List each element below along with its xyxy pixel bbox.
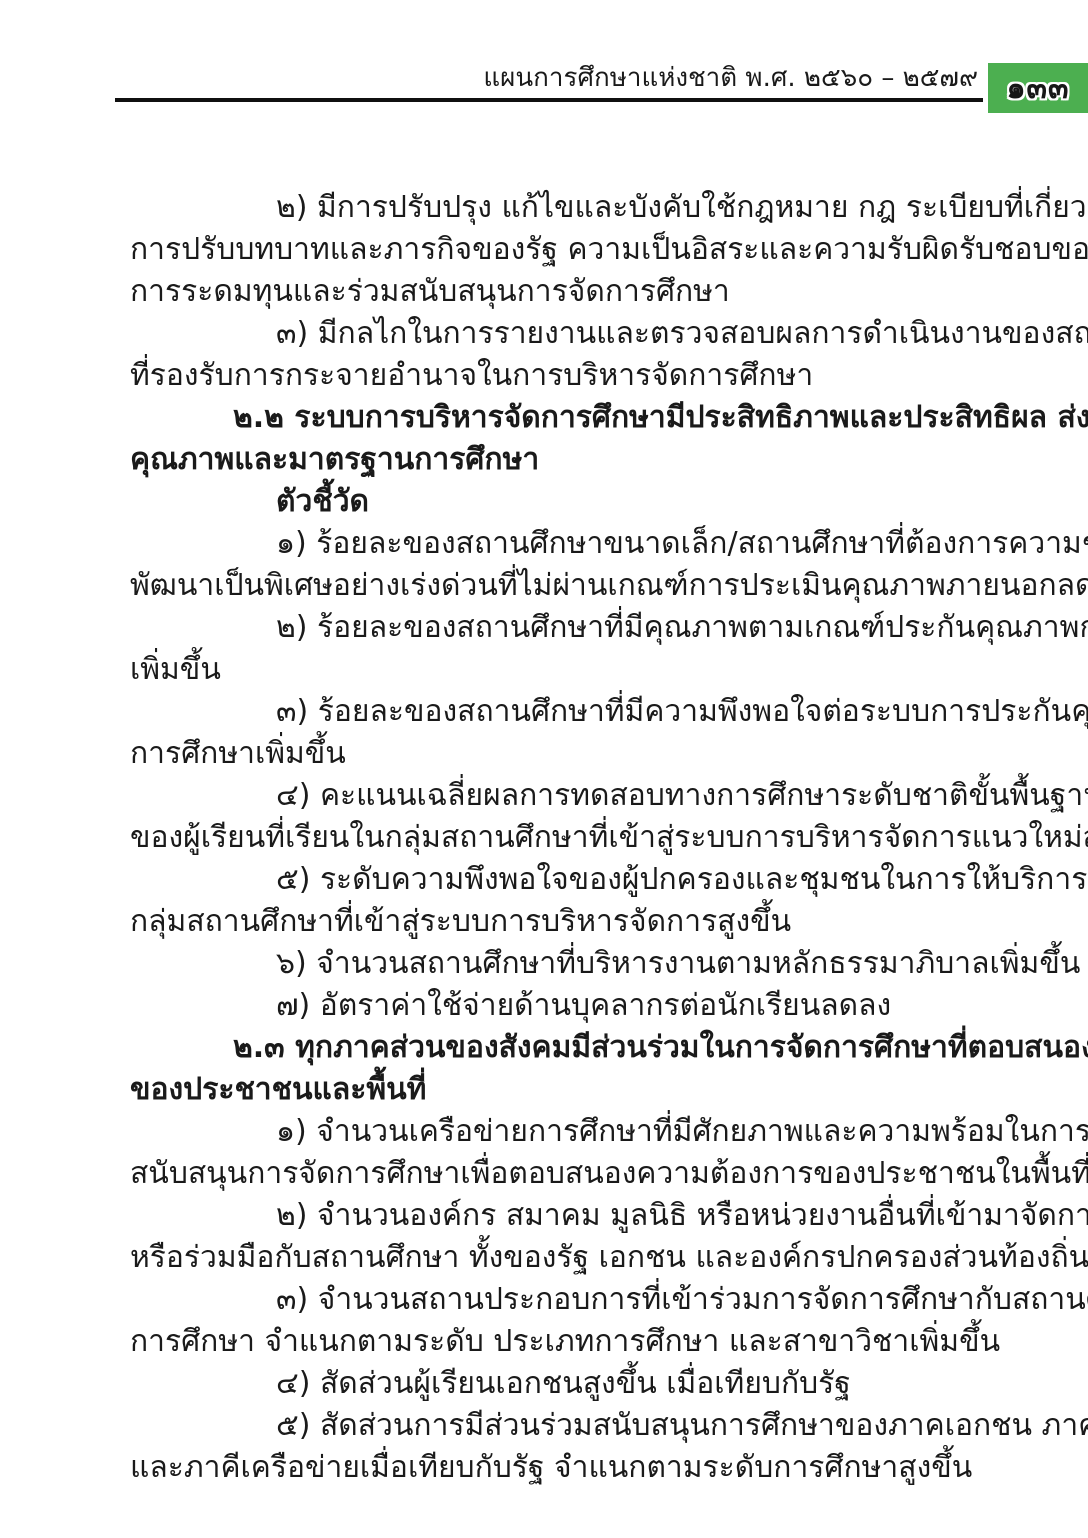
body-text-line: ๔) คะแนนเฉลี่ยผลการทดสอบทางการศึกษาระดับ… [130,775,990,817]
body-text-line: เพิ่มขึ้น [130,649,990,691]
body-text-line: ๒) จำนวนองค์กร สมาคม มูลนิธิ หรือหน่วยงา… [130,1195,990,1237]
body-text-line: ๗) อัตราค่าใช้จ่ายด้านบุคลากรต่อนักเรียน… [130,985,990,1027]
body-text-line: ๔) สัดส่วนผู้เรียนเอกชนสูงขึ้น เมื่อเทีย… [130,1363,990,1405]
body-text-line: ๑) จำนวนเครือข่ายการศึกษาที่มีศักยภาพและ… [130,1111,990,1153]
body-text-line: ๒) ร้อยละของสถานศึกษาที่มีคุณภาพตามเกณฑ์… [130,607,990,649]
body-text-line: ๖) จำนวนสถานศึกษาที่บริหารงานตามหลักธรรม… [130,943,990,985]
header-rule [115,98,983,102]
document-body: ๒) มีการปรับปรุง แก้ไขและบังคับใช้กฎหมาย… [130,187,990,1489]
body-text-line: ๓) มีกลไกในการรายงานและตรวจสอบผลการดำเนิ… [130,313,990,355]
body-text-line: ของผู้เรียนที่เรียนในกลุ่มสถานศึกษาที่เข… [130,817,990,859]
page-number-badge: ๑๓๓ [988,63,1088,113]
body-text-line: พัฒนาเป็นพิเศษอย่างเร่งด่วนที่ไม่ผ่านเกณ… [130,565,990,607]
body-text-line: ๓) จำนวนสถานประกอบการที่เข้าร่วมการจัดกา… [130,1279,990,1321]
page-number: ๑๓๓ [1006,65,1069,112]
body-text-line: การศึกษาเพิ่มขึ้น [130,733,990,775]
body-text-line: การระดมทุนและร่วมสนับสนุนการจัดการศึกษา [130,271,990,313]
body-text-line: ๓) ร้อยละของสถานศึกษาที่มีความพึงพอใจต่อ… [130,691,990,733]
body-text-line: หรือร่วมมือกับสถานศึกษา ทั้งของรัฐ เอกชน… [130,1237,990,1279]
section-heading-line: คุณภาพและมาตรฐานการศึกษา [130,439,990,481]
section-heading-line: ๒.๓ ทุกภาคส่วนของสังคมมีส่วนร่วมในการจัด… [130,1027,990,1069]
body-text-line: ๕) สัดส่วนการมีส่วนร่วมสนับสนุนการศึกษาข… [130,1405,990,1447]
header-title: แผนการศึกษาแห่งชาติ พ.ศ. ๒๕๖๐ – ๒๕๗๙ [115,62,978,94]
body-text-line: การศึกษา จำแนกตามระดับ ประเภทการศึกษา แล… [130,1321,990,1363]
section-heading-line: ของประชาชนและพื้นที่ [130,1069,990,1111]
body-text-line: ที่รองรับการกระจายอำนาจในการบริหารจัดการ… [130,355,990,397]
body-text-line: ๑) ร้อยละของสถานศึกษาขนาดเล็ก/สถานศึกษาท… [130,523,990,565]
document-page: แผนการศึกษาแห่งชาติ พ.ศ. ๒๕๖๐ – ๒๕๗๙ ๑๓๓… [0,0,1088,1538]
body-text-line: กลุ่มสถานศึกษาที่เข้าสู่ระบบการบริหารจัด… [130,901,990,943]
body-text-line: และภาคีเครือข่ายเมื่อเทียบกับรัฐ จำแนกตา… [130,1447,990,1489]
body-text-line: สนับสนุนการจัดการศึกษาเพื่อตอบสนองความต้… [130,1153,990,1195]
section-heading-line: ตัวชี้วัด [130,481,990,523]
body-text-line: ๕) ระดับความพึงพอใจของผู้ปกครองและชุมชนใ… [130,859,990,901]
section-heading-line: ๒.๒ ระบบการบริหารจัดการศึกษามีประสิทธิภา… [130,397,990,439]
body-text-line: การปรับบทบาทและภารกิจของรัฐ ความเป็นอิสร… [130,229,990,271]
body-text-line: ๒) มีการปรับปรุง แก้ไขและบังคับใช้กฎหมาย… [130,187,990,229]
